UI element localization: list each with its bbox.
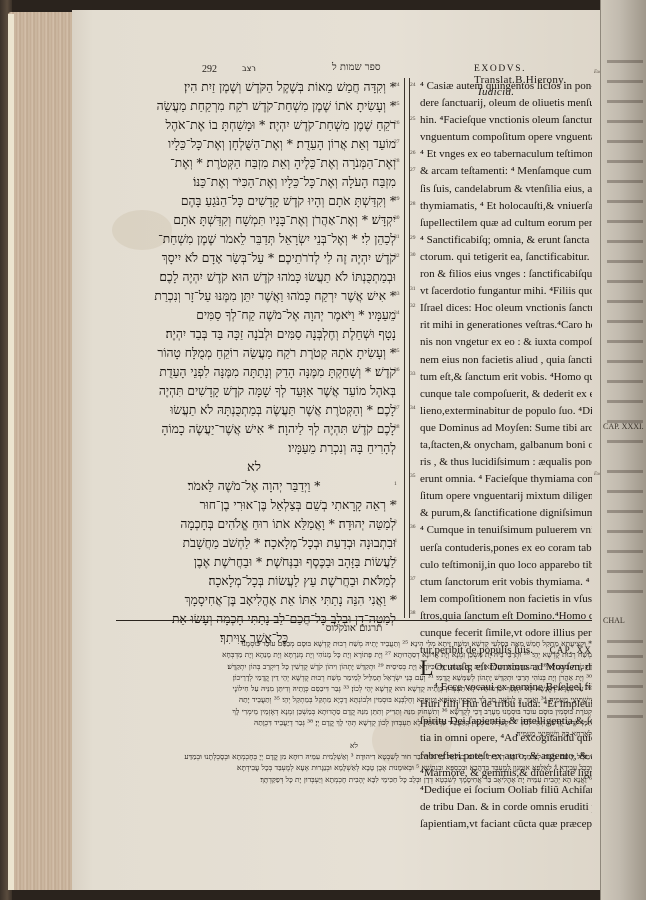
latin-line: ron & filios eius vnges : ſanctificabiſq… [420, 266, 592, 283]
latin-line: de tribu Dan. & in corde omnis eruditi p… [420, 799, 592, 816]
verse-number: 29 [410, 235, 416, 241]
hebrew-text-column: * וְקִדָּה חֲמֵשׁ מֵאוֹת בְּשֶׁקֶל הַקֹּ… [112, 78, 396, 648]
latin-line: nis non vngetur ex eo : & iuxta compoſit… [420, 334, 592, 351]
latin-line: rit mihi in generationes veſtras.⁴Caro h… [420, 317, 592, 334]
hebrew-line: רֹקֵחַ שֶׁמֶן מִשְׁחַת־קֹדֶשׁ יִהְיֶה׃ *… [112, 116, 396, 135]
targum-line: דִקְטֹרֶת בּוּסְמַיָּא׃ ²⁸ וְיָת מַדְבְּ… [116, 661, 592, 672]
verse-number: 30 [410, 252, 416, 258]
latin-line: & arcam teſtamenti: ⁴ Menſamque cum va- [420, 163, 592, 180]
verse-number: 34 [410, 405, 416, 411]
verse-number: 32 [410, 303, 416, 309]
verse-number: 27 [394, 139, 400, 145]
hebrew-line: * וְעָשִׂיתָ אֹתוֹ שֶׁמֶן מִשְׁחַת־קֹדֶש… [112, 97, 396, 116]
running-header: 292 רצב ספר שמות ל EXODVS. Translat.B.Hi… [132, 64, 592, 78]
targum-onkelos-block: * וּקְצִיעֲתָא מַתְקַל חֲמֵשׁ מְאָה בְּס… [116, 638, 592, 785]
latin-line: ⁴ Cumque in tenuiſsimum puluerem vni- [420, 522, 592, 539]
targum-line: ⁶ וַאֲנָא הָא יְהָבִית עִמֵּיהּ יָת אָהֳ… [116, 774, 592, 785]
hebrew-running-title: ספר שמות ל [332, 62, 381, 73]
hebrew-line: לָכֶם׃ * וְהַקְּטֹרֶת אֲשֶׁר תַּעֲשֶׂה ב… [112, 401, 396, 420]
targum-line: * וּקְצִיעֲתָא מַתְקַל חֲמֵשׁ מְאָה בְּס… [116, 638, 592, 649]
latin-line: dere ſanctuarij, oleum de oliuetis menſu… [420, 95, 592, 112]
targum-section-rule [116, 620, 592, 621]
hebrew-line: לְהָרִיחַ בָּהּ וְנִכְרַת מֵעַמָּיו׃ [112, 439, 396, 458]
latin-line: ſapientiam,vt faciant cũcta quæ præcepi … [420, 816, 592, 833]
verse-number: 35 [394, 348, 400, 354]
latin-line: cunque tale compoſuerit, & dederit ex eo… [420, 386, 592, 403]
latin-line: ⁴ Sanctificabiſq; omnia, & erunt ſancta … [420, 232, 592, 249]
targum-line: ³² עַל בִּסְרָא דֶאֱנָשָׁא לָא יִתְנְסַך… [116, 683, 592, 694]
hebrew-line: לְמַטֵּה יְהוּדָה׃ * וָאֲמַלֵּא אֹתוֹ רו… [112, 515, 396, 534]
latin-line: hin. ⁴Facieſque vnctionis oleum ſanctum [420, 112, 592, 129]
hebrew-line: לְכַהֵן לִי׃ * וְאֶל־בְּנֵי יִשְׂרָאֵל ת… [112, 230, 396, 249]
verse-number: 28 [394, 158, 400, 164]
verse-number: 35 [410, 473, 416, 479]
latin-line: lieno,exterminabitur de populo ſuo. ⁴Dix… [420, 403, 592, 420]
hebrew-line: * וַיְדַבֵּר יְהוָה אֶל־מֹשֶׁה לֵּאמֹר׃ [112, 477, 396, 496]
facing-targum-heading: CHAL [603, 616, 625, 625]
latin-line: thymiamatis, ⁴ Et holocauſti,& vniuerſam [420, 198, 592, 215]
hebrew-line: וּבְמַתְכֻּנְתּוֹ לֹא תַעֲשׂוּ כָּמֹהוּ … [112, 268, 396, 287]
latin-line: nem eius non facietis aliud , quia ſanct… [420, 352, 592, 369]
verse-number: 2 [394, 500, 397, 506]
column-divider-rule [404, 78, 410, 618]
hebrew-line: * וְקִדָּה חֲמֵשׁ מֵאוֹת בְּשֶׁקֶל הַקֹּ… [112, 78, 396, 97]
latin-line: culo teſtimonij,in quo loco apparebo tib… [420, 557, 592, 574]
latin-line: ris , & thus lucidiſsimum : æqualis pond… [420, 454, 592, 471]
targum-line: קְטֹרֶת בּוּסְמִין בּוּסָם עוֹבַד בּוּסְ… [116, 706, 592, 717]
targum-line: וְיִשְׁתֵּיצֵי מֵעַמֵּיהּ׃ ³⁴ וַאֲמַר יְ… [116, 694, 592, 705]
verse-number: 26 [410, 150, 416, 156]
verse-number: 26 [394, 120, 400, 126]
page-edges-stack [8, 12, 74, 890]
hebrew-line: * רְאֵה קָרָאתִי בְשֵׁם בְּצַלְאֵל בֶּן־… [112, 496, 396, 515]
hebrew-line: וּבִתְבוּנָה וּבְדַעַת וּבְכָל־מְלָאכָה׃… [112, 534, 396, 553]
hebrew-line: לָכֶם קֹדֶשׁ תִּהְיֶה לְךָ לַיהוָה׃ * אִ… [112, 420, 396, 439]
latin-line: ſitum opere vnguentarij mixtum diligente… [420, 488, 592, 505]
verse-number: 25 [394, 101, 400, 107]
verse-number: 34 [394, 310, 400, 316]
targum-title: תרגום אונקלוס [116, 623, 592, 634]
latin-line: que Dominus ad Moyſen: Sume tibi aroma- [420, 420, 592, 437]
verse-number: 38 [394, 424, 400, 430]
latin-line: vt ſacerdotio fungantur mihi. ⁴Filiis qu… [420, 283, 592, 300]
latin-line: erunt omnia. ⁴ Facieſque thymiama compo- [420, 471, 592, 488]
hebrew-line: * וְעָשִׂיתָ אֹתָהּ קְטֹרֶת רֹקַח מַעֲשֵ… [112, 344, 396, 363]
hebrew-line: * וַאֲנִי הִנֵּה נָתַתִּי אִתּוֹ אֵת אָה… [112, 591, 396, 610]
verse-number: 38 [410, 610, 416, 616]
hebrew-line: לְמַלֹּאת וּבַחֲרֹשֶׁת עֵץ לַעֲשׂוֹת בְּ… [112, 572, 396, 591]
verse-number: 36 [394, 367, 400, 373]
facing-chapter-heading: CAP. XXXI. [603, 422, 644, 431]
targum-line: וּבְכָל עֲבִידָא׃ ⁴ לְאַלָּפָא אוּמָנְוָ… [116, 762, 592, 773]
latin-line: ſis ſuis, candelabrum & vtenſilia eius, … [420, 181, 592, 198]
page-number: 292 [202, 64, 217, 75]
latin-line: Iſrael dices: Hoc oleum vnctionis ſanctu… [420, 300, 592, 317]
hebrew-chapter-marker: לא [112, 458, 396, 477]
hebrew-line: בְּאֹהֶל מוֹעֵד אֲשֶׁר אִוָּעֵד לְךָ שָׁ… [112, 382, 396, 401]
verse-number: 25 [410, 116, 416, 122]
verse-number: 3 [394, 519, 397, 525]
page-number-hebrew: רצב [242, 64, 256, 73]
hebrew-line: * וְקִדַּשְׁתָּ אֹתָם וְהָיוּ קֹדֶשׁ קָד… [112, 192, 396, 211]
hebrew-line: וְאֶת־הַמְּנֹרָה וְאֶת־כֵּלֶיהָ וְאֵת מִ… [112, 154, 396, 173]
hebrew-line: מוֹעֵד וְאֵת אֲרוֹן הָעֵדֻת׃ * וְאֶת־הַש… [112, 135, 396, 154]
verse-number: 33 [394, 291, 400, 297]
targum-line: לַאֲרָחָא בַהּ וְיִשְׁתֵּיצֵי מֵעַמֵּיהּ… [116, 728, 592, 739]
latin-line: ⁴ Casiæ autem quingentos ſiclos in pon- [420, 78, 592, 95]
hebrew-line: יִקְדָּשׁ׃ * וְאֶת־אַהֲרֹן וְאֶת־בָּנָיו… [112, 211, 396, 230]
hebrew-line: קֹדֶשׁ יִהְיֶה זֶה לִי לְדֹרֹתֵיכֶם׃ * ע… [112, 249, 396, 268]
latin-book-name: EXODVS. [474, 64, 526, 74]
targum-line: מְשַׁח רְבוּת קֻדְשָׁא יְהֵי׃ ²⁶ וּתְרַב… [116, 649, 592, 660]
targum-line: ³⁰ וְיָת אַהֲרֹן וְיָת בְּנוֹהִי תְּרַבֵ… [116, 672, 592, 683]
verse-number: 37 [410, 576, 416, 582]
verse-number: 36 [410, 524, 416, 530]
latin-line: lem compoſitionem non facietis in vſus v… [420, 591, 592, 608]
latin-line: ctorum. qui tetigerit ea, ſanctificabitu… [420, 249, 592, 266]
verse-number: 1 [394, 481, 397, 487]
verse-number: 24 [394, 82, 400, 88]
verse-number: 30 [394, 215, 400, 221]
targum-chapter-marker: לא [116, 740, 592, 751]
verse-number: 28 [410, 201, 416, 207]
page-edge-highlight [8, 14, 14, 890]
hebrew-line: לַעֲשׂוֹת בַּזָּהָב וּבַכֶּסֶף וּבַנְּחֹ… [112, 553, 396, 572]
latin-line: ſupellectilem quæ ad cultum eorum pertin… [420, 215, 592, 232]
targum-line: תַּמָּן קֹדֶשׁ קֻדְשִׁין תְּהֵי לְכוֹן׃ … [116, 717, 592, 728]
book-page: 292 רצב ספר שמות ל EXODVS. Translat.B.Hi… [72, 10, 602, 890]
hebrew-line: * אִישׁ אֲשֶׁר יִרְקַח כָּמֹהוּ וַאֲשֶׁר… [112, 287, 396, 306]
verse-number: 32 [394, 253, 400, 259]
verse-number: 27 [410, 167, 416, 173]
hebrew-line: נָטָף וּשְׁחֵלֶת וְחֶלְבְּנָה סַמִּים וּ… [112, 325, 396, 344]
latin-line: ⁴ Et vnges ex eo tabernaculum teſtimonij… [420, 146, 592, 163]
verse-number: 37 [394, 405, 400, 411]
verse-number: 29 [394, 196, 400, 202]
latin-line: & purum,& ſanctificatione digniſsimum. [420, 505, 592, 522]
latin-line: vnguentum compoſitum opere vnguentarij: [420, 129, 592, 146]
facing-page-edge: CAP. XXXI. CHAL [600, 0, 646, 900]
latin-line: ctum ſanctorum erit vobis thymiama. ⁴ Ta… [420, 574, 592, 591]
targum-line: וּמַלֵּיל יְיָ עִם מֹשֶׁה לְמֵימַר׃ ² חֲ… [116, 751, 592, 762]
verse-number: 6 [394, 595, 397, 601]
verse-number: 5 [394, 557, 397, 563]
hebrew-line: מֵעַמָּיו׃ * וַיֹּאמֶר יְהוָה אֶל־מֹשֶׁה… [112, 306, 396, 325]
latin-line: uerſa contuderis,pones ex eo coram taber… [420, 540, 592, 557]
verse-number: 31 [394, 234, 400, 240]
verse-number: 24 [410, 82, 416, 88]
verse-number: 4 [394, 538, 397, 544]
hebrew-line: קֹדֶשׁ׃ * וְשָׁחַקְתָּ מִמֶּנָּה הָדֵק ו… [112, 363, 396, 382]
verse-number: 31 [410, 286, 416, 292]
latin-line: ta,ſtacten,& onycham, galbanum boni odo- [420, 437, 592, 454]
verse-number: 33 [410, 371, 416, 377]
hebrew-line: מִזְבַּח הָעֹלָה וְאֶת־כָּל־כֵּלָיו וְאֶ… [112, 173, 396, 192]
latin-line: tum eſt,& ſanctum erit vobis. ⁴Homo qui- [420, 369, 592, 386]
